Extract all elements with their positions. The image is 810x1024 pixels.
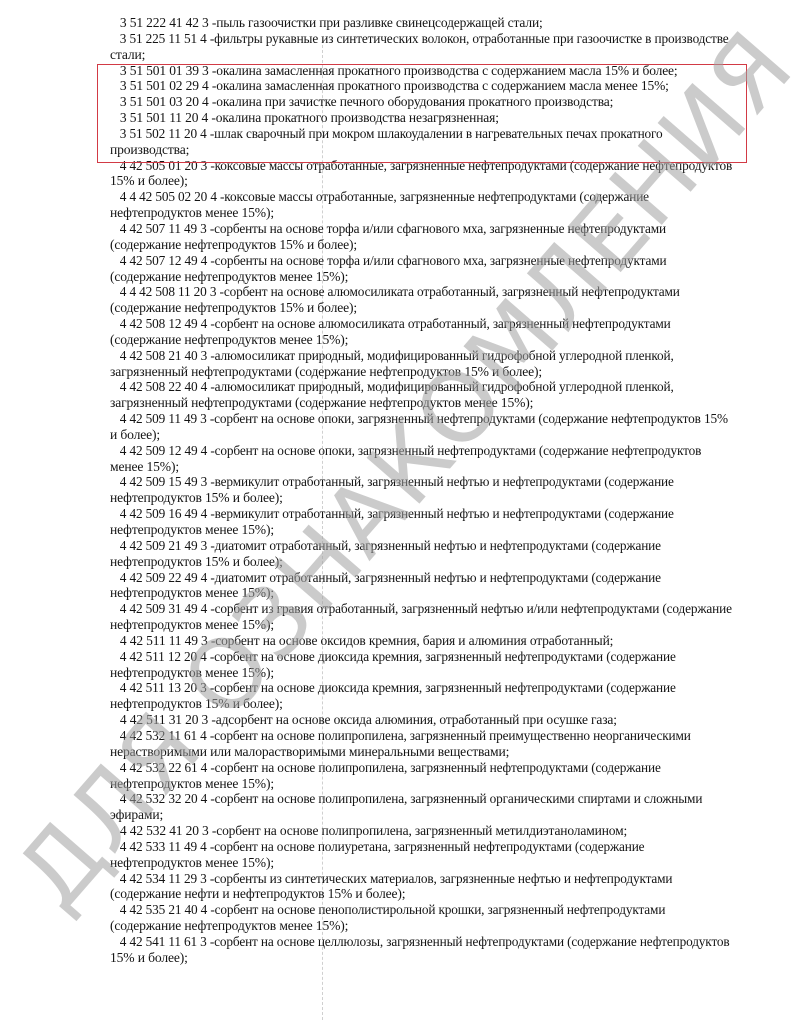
list-item-highlighted: 3 51 501 01 39 3 -окалина замасленная пр… xyxy=(110,63,790,79)
list-item: 4 42 532 22 61 4 -сорбент на основе поли… xyxy=(110,760,790,792)
entry-continuation-line: (содержание нефтепродуктов 15% и более); xyxy=(110,300,790,316)
list-item: 4 42 509 12 49 4 -сорбент на основе опок… xyxy=(110,443,790,475)
entry-continuation-line: 15% и более); xyxy=(110,950,790,966)
entry-line: 4 42 533 11 49 4 -сорбент на основе поли… xyxy=(110,839,775,855)
entry-line: 4 42 509 16 49 4 -вермикулит отработанны… xyxy=(110,506,775,522)
list-item: 4 42 509 16 49 4 -вермикулит отработанны… xyxy=(110,506,790,538)
waste-code-list: 3 51 222 41 42 3 -пыль газоочистки при р… xyxy=(110,15,790,966)
list-item-highlighted: 3 51 501 11 20 4 -окалина прокатного про… xyxy=(110,110,790,126)
document-page: 3 51 222 41 42 3 -пыль газоочистки при р… xyxy=(0,0,810,1024)
list-item: 4 42 509 21 49 3 -диатомит отработанный,… xyxy=(110,538,790,570)
list-item: 4 42 511 12 20 4 -сорбент на основе диок… xyxy=(110,649,790,681)
list-item: 4 42 508 12 49 4 -сорбент на основе алюм… xyxy=(110,316,790,348)
entry-line: 4 42 532 32 20 4 -сорбент на основе поли… xyxy=(110,791,775,807)
list-item: 4 42 534 11 29 3 -сорбенты из синтетичес… xyxy=(110,871,790,903)
entry-continuation-line: (содержание нефти и нефтепродуктов 15% и… xyxy=(110,886,790,902)
entry-line: 4 42 532 22 61 4 -сорбент на основе поли… xyxy=(110,760,775,776)
list-item: 4 42 509 31 49 4 -сорбент из гравия отра… xyxy=(110,601,790,633)
entry-continuation-line: нефтепродуктов 15% и более); xyxy=(110,490,790,506)
list-item: 4 42 532 32 20 4 -сорбент на основе поли… xyxy=(110,791,790,823)
entry-line: 4 42 511 13 20 3 -сорбент на основе диок… xyxy=(110,680,775,696)
entry-continuation-line: (содержание нефтепродуктов менее 15%); xyxy=(110,269,790,285)
entry-line: 3 51 222 41 42 3 -пыль газоочистки при р… xyxy=(110,15,785,31)
entry-continuation-line: (содержание нефтепродуктов менее 15%); xyxy=(110,918,790,934)
list-item: 4 42 509 22 49 4 -диатомит отработанный,… xyxy=(110,570,790,602)
list-item: 4 42 535 21 40 4 -сорбент на основе пено… xyxy=(110,902,790,934)
list-item-highlighted: 3 51 501 03 20 4 -окалина при зачистке п… xyxy=(110,94,790,110)
entry-continuation-line: нефтепродуктов менее 15%); xyxy=(110,585,790,601)
entry-continuation-line: нефтепродуктов менее 15%); xyxy=(110,522,790,538)
entry-line: 4 42 532 41 20 3 -сорбент на основе поли… xyxy=(110,823,785,839)
list-item: 4 42 509 11 49 3 -сорбент на основе опок… xyxy=(110,411,790,443)
list-item: 4 42 508 22 40 4 -алюмосиликат природный… xyxy=(110,379,790,411)
entry-continuation-line: производства; xyxy=(110,142,790,158)
entry-line: 4 42 508 21 40 3 -алюмосиликат природный… xyxy=(110,348,775,364)
list-item: 4 4 42 508 11 20 3 -сорбент на основе ал… xyxy=(110,284,790,316)
entry-continuation-line: нефтепродуктов 15% и более); xyxy=(110,554,790,570)
entry-line: 3 51 501 11 20 4 -окалина прокатного про… xyxy=(110,110,785,126)
entry-continuation-line: и более); xyxy=(110,427,790,443)
entry-line: 4 42 511 12 20 4 -сорбент на основе диок… xyxy=(110,649,775,665)
list-item: 4 42 511 13 20 3 -сорбент на основе диок… xyxy=(110,680,790,712)
entry-line: 4 42 507 11 49 3 -сорбенты на основе тор… xyxy=(110,221,775,237)
list-item: 3 51 225 11 51 4 -фильтры рукавные из си… xyxy=(110,31,790,63)
entry-line: 4 42 535 21 40 4 -сорбент на основе пено… xyxy=(110,902,775,918)
entry-continuation-line: (содержание нефтепродуктов 15% и более); xyxy=(110,237,790,253)
entry-line: 4 42 509 21 49 3 -диатомит отработанный,… xyxy=(110,538,775,554)
entry-continuation-line: нефтепродуктов менее 15%); xyxy=(110,665,790,681)
entry-line: 4 42 511 31 20 3 -адсорбент на основе ок… xyxy=(110,712,785,728)
list-item: 4 42 532 41 20 3 -сорбент на основе поли… xyxy=(110,823,790,839)
list-item: 4 42 532 11 61 4 -сорбент на основе поли… xyxy=(110,728,790,760)
entry-line: 4 42 505 01 20 3 -коксовые массы отработ… xyxy=(110,158,775,174)
entry-line: 4 42 509 15 49 3 -вермикулит отработанны… xyxy=(110,474,775,490)
entry-continuation-line: стали; xyxy=(110,47,790,63)
list-item-highlighted: 3 51 501 02 29 4 -окалина замасленная пр… xyxy=(110,78,790,94)
entry-line: 4 4 42 505 02 20 4 -коксовые массы отраб… xyxy=(110,189,775,205)
list-item: 4 42 507 11 49 3 -сорбенты на основе тор… xyxy=(110,221,790,253)
list-item: 4 42 541 11 61 3 -сорбент на основе целл… xyxy=(110,934,790,966)
entry-line: 4 42 511 11 49 3 -сорбент на основе окси… xyxy=(110,633,785,649)
entry-line: 4 42 532 11 61 4 -сорбент на основе поли… xyxy=(110,728,775,744)
list-item: 4 42 509 15 49 3 -вермикулит отработанны… xyxy=(110,474,790,506)
entry-line: 4 42 541 11 61 3 -сорбент на основе целл… xyxy=(110,934,775,950)
entry-line: 4 42 509 11 49 3 -сорбент на основе опок… xyxy=(110,411,775,427)
entry-continuation-line: (содержание нефтепродуктов менее 15%); xyxy=(110,332,790,348)
list-item: 4 42 533 11 49 4 -сорбент на основе поли… xyxy=(110,839,790,871)
list-item: 4 42 507 12 49 4 -сорбенты на основе тор… xyxy=(110,253,790,285)
entry-line: 4 42 509 31 49 4 -сорбент из гравия отра… xyxy=(110,601,775,617)
entry-continuation-line: нефтепродуктов менее 15%); xyxy=(110,776,790,792)
entry-line: 4 42 509 22 49 4 -диатомит отработанный,… xyxy=(110,570,775,586)
entry-continuation-line: нефтепродуктов менее 15%); xyxy=(110,855,790,871)
entry-line: 4 42 509 12 49 4 -сорбент на основе опок… xyxy=(110,443,775,459)
entry-line: 4 4 42 508 11 20 3 -сорбент на основе ал… xyxy=(110,284,775,300)
entry-continuation-line: загрязненный нефтепродуктами (содержание… xyxy=(110,364,790,380)
entry-continuation-line: эфирами; xyxy=(110,807,790,823)
entry-line: 4 42 507 12 49 4 -сорбенты на основе тор… xyxy=(110,253,775,269)
entry-continuation-line: нефтепродуктов 15% и более); xyxy=(110,696,790,712)
entry-line: 4 42 508 22 40 4 -алюмосиликат природный… xyxy=(110,379,775,395)
entry-line: 3 51 225 11 51 4 -фильтры рукавные из си… xyxy=(110,31,775,47)
list-item: 4 42 511 31 20 3 -адсорбент на основе ок… xyxy=(110,712,790,728)
list-item: 4 42 511 11 49 3 -сорбент на основе окси… xyxy=(110,633,790,649)
list-item: 4 42 508 21 40 3 -алюмосиликат природный… xyxy=(110,348,790,380)
entry-line: 3 51 501 01 39 3 -окалина замасленная пр… xyxy=(110,63,785,79)
list-item: 3 51 222 41 42 3 -пыль газоочистки при р… xyxy=(110,15,790,31)
entry-line: 3 51 502 11 20 4 -шлак сварочный при мок… xyxy=(110,126,775,142)
entry-continuation-line: нефтепродуктов менее 15%); xyxy=(110,205,790,221)
entry-continuation-line: 15% и более); xyxy=(110,173,790,189)
entry-continuation-line: менее 15%); xyxy=(110,459,790,475)
list-item: 4 42 505 01 20 3 -коксовые массы отработ… xyxy=(110,158,790,190)
list-item: 4 4 42 505 02 20 4 -коксовые массы отраб… xyxy=(110,189,790,221)
entry-line: 3 51 501 02 29 4 -окалина замасленная пр… xyxy=(110,78,785,94)
entry-continuation-line: загрязненный нефтепродуктами (содержание… xyxy=(110,395,790,411)
entry-continuation-line: нерастворимыми или малорастворимыми мине… xyxy=(110,744,790,760)
entry-line: 4 42 508 12 49 4 -сорбент на основе алюм… xyxy=(110,316,775,332)
entry-continuation-line: нефтепродуктов менее 15%); xyxy=(110,617,790,633)
list-item-highlighted: 3 51 502 11 20 4 -шлак сварочный при мок… xyxy=(110,126,790,158)
entry-line: 4 42 534 11 29 3 -сорбенты из синтетичес… xyxy=(110,871,775,887)
entry-line: 3 51 501 03 20 4 -окалина при зачистке п… xyxy=(110,94,785,110)
